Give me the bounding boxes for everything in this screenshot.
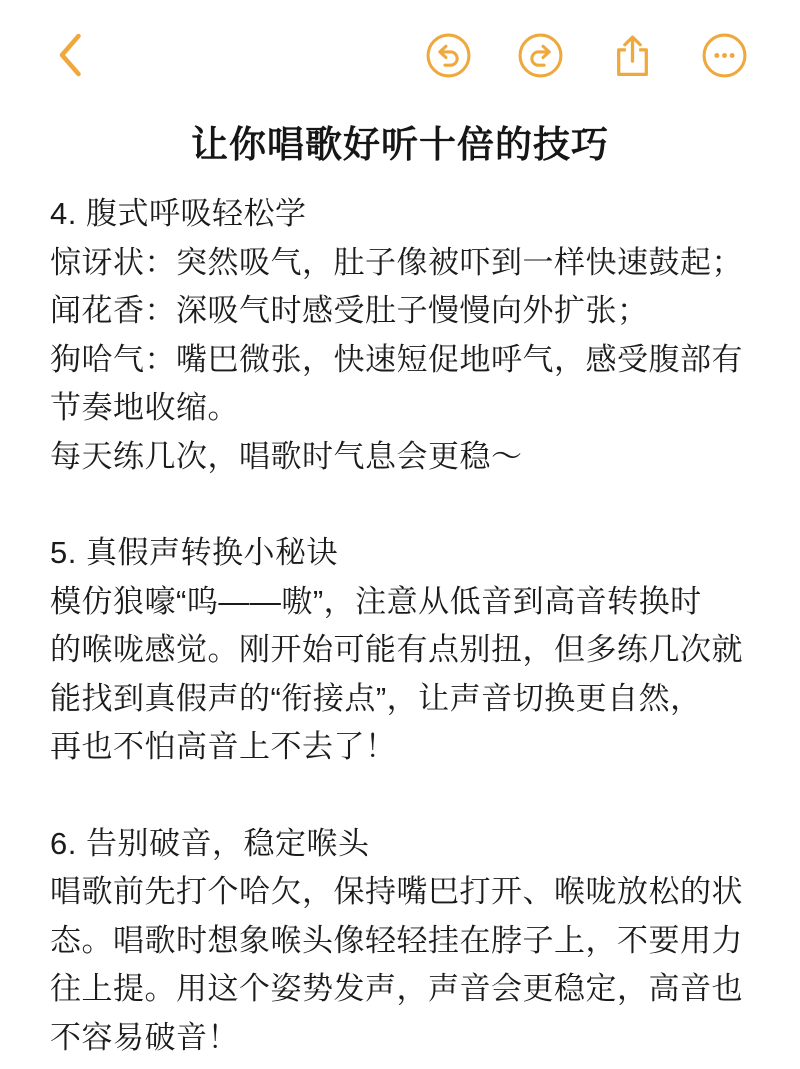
share-button[interactable] <box>609 32 656 79</box>
share-icon <box>609 32 656 79</box>
note-body[interactable]: 4. 腹式呼吸轻松学 惊讶状：突然吸气，肚子像被吓到一样快速鼓起； 闻花香：深吸… <box>0 190 800 1062</box>
note-title[interactable]: 让你唱歌好听十倍的技巧 <box>0 114 800 168</box>
toolbar-actions <box>425 32 748 79</box>
note-section-6[interactable]: 6. 告别破音，稳定喉头 唱歌前先打个哈欠，保持嘴巴打开、喉咙放松的状 态。唱歌… <box>50 820 755 1063</box>
undo-icon <box>425 32 472 79</box>
ellipsis-icon <box>701 32 748 79</box>
more-button[interactable] <box>701 32 748 79</box>
redo-button[interactable] <box>517 32 564 79</box>
notes-app-page: 让你唱歌好听十倍的技巧 4. 腹式呼吸轻松学 惊讶状：突然吸气，肚子像被吓到一样… <box>0 0 800 1069</box>
chevron-left-icon <box>55 30 85 80</box>
note-section-4[interactable]: 4. 腹式呼吸轻松学 惊讶状：突然吸气，肚子像被吓到一样快速鼓起； 闻花香：深吸… <box>50 190 755 481</box>
toolbar <box>0 0 800 100</box>
note-section-5[interactable]: 5. 真假声转换小秘诀 模仿狼嚎“呜——嗷”，注意从低音到高音转换时 的喉咙感觉… <box>50 529 755 772</box>
back-button[interactable] <box>55 29 95 81</box>
redo-icon <box>517 32 564 79</box>
undo-button[interactable] <box>425 32 472 79</box>
